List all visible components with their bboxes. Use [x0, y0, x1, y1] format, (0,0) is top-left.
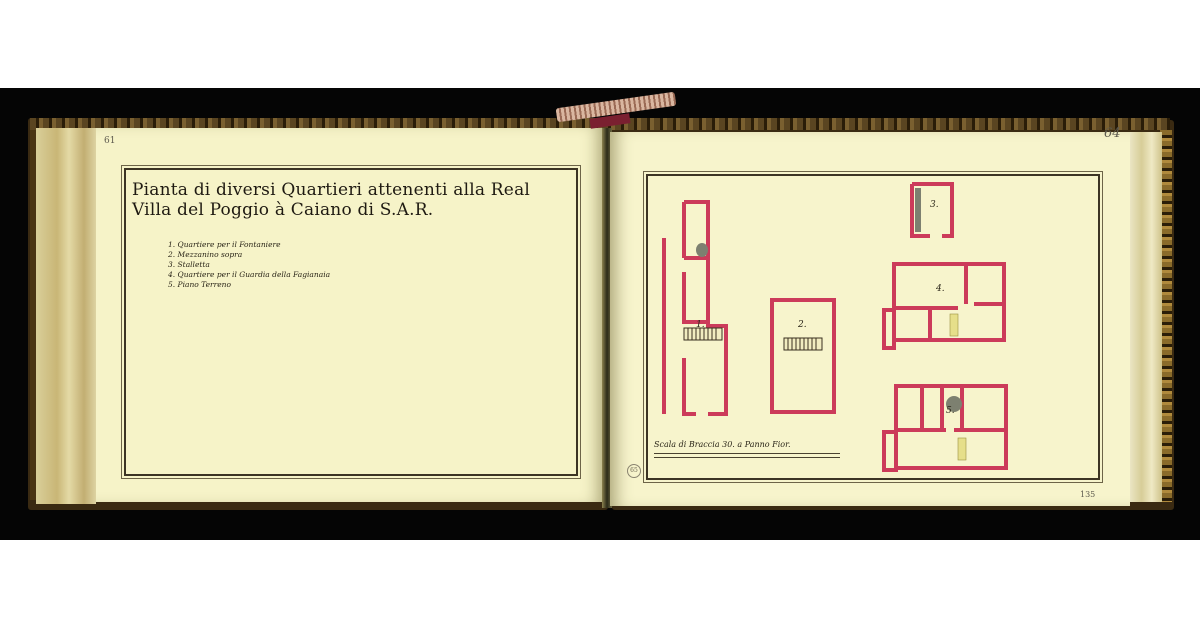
folio-number-left: 61: [104, 136, 115, 146]
page-stack-left: [36, 128, 96, 504]
floor-plan-1: [660, 198, 734, 418]
plan-label-5: 5.: [946, 406, 955, 416]
plan-label-1: 1.: [696, 320, 705, 330]
legend-item: 1. Quartiere per il Fontaniere: [168, 240, 330, 250]
floor-plan-3: [908, 180, 958, 240]
floor-plan-4: [882, 258, 1008, 350]
archive-number: 135: [1080, 490, 1095, 499]
left-page: 61 Pianta di diversi Quartieri attenenti…: [96, 128, 604, 502]
left-page-frame: Pianta di diversi Quartieri attenenti al…: [124, 168, 578, 476]
scale-title: Scala di Braccia 30. a Panno Fior.: [654, 440, 840, 449]
plan-label-2: 2.: [798, 320, 807, 330]
scale-ruler: [654, 453, 840, 458]
page-title: Pianta di diversi Quartieri attenenti al…: [132, 180, 572, 220]
page-stack-right: [1128, 132, 1162, 502]
right-page: 64 135 65: [610, 132, 1130, 506]
plan-label-4: 4.: [936, 284, 945, 294]
plan-legend: 1. Quartiere per il Fontaniere 2. Mezzan…: [168, 240, 330, 290]
floor-plan-2: [768, 296, 838, 416]
legend-item: 2. Mezzanino sopra: [168, 250, 330, 260]
right-page-frame: 1. 2. 3.: [646, 174, 1100, 480]
floor-plan-5: [882, 382, 1010, 474]
circled-stamp-number: 65: [627, 464, 641, 478]
legend-item: 4. Quartiere per il Guardia della Fagian…: [168, 270, 330, 280]
folio-number-right: 64: [1104, 126, 1121, 141]
legend-item: 5. Piano Terreno: [168, 280, 330, 290]
book-photograph: 61 Pianta di diversi Quartieri attenenti…: [0, 88, 1200, 540]
scale-bar: Scala di Braccia 30. a Panno Fior.: [654, 440, 840, 458]
plan-label-3: 3.: [930, 200, 939, 210]
legend-item: 3. Stalletta: [168, 260, 330, 270]
